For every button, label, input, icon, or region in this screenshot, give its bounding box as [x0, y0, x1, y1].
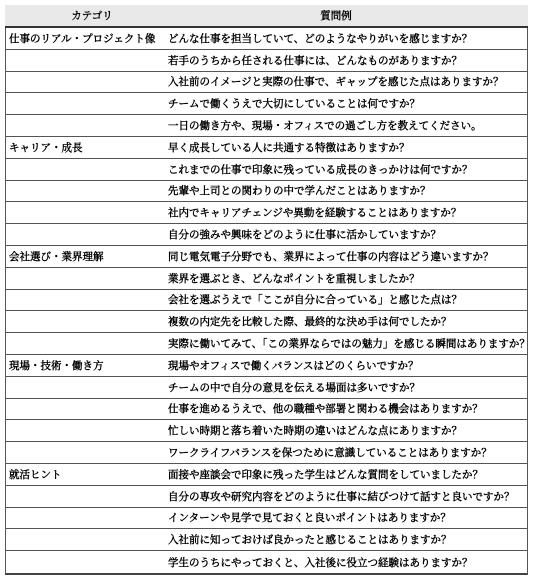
table-row: 自分の専攻や研究内容をどのように仕事に結びつけて話すと良いですか？	[6, 486, 527, 508]
table-row: 仕事を進めるうえで、他の職種や部署と関わる機会はありますか？	[6, 399, 527, 421]
table-header: カテゴリ 質問例	[5, 5, 528, 28]
row-question: 早く成長している人に共通する特徴はありますか？	[163, 140, 527, 155]
row-question: チームで働くうえで大切にしていることは何ですか？	[163, 96, 527, 111]
table-row: これまでの仕事で印象に残っている成長のきっかけは何ですか？	[6, 159, 527, 181]
row-question: 忙しい時期と落ち着いた時期の違いはどんな点にありますか？	[163, 423, 527, 438]
table-row: 会社選び・業界理解 同じ電気電子分野でも、業界によって仕事の内容はどう違いますか…	[6, 246, 527, 268]
row-question: 若手のうちから任される仕事には、どんなものがありますか？	[163, 53, 527, 68]
row-question: 面接や座談会で印象に残った学生はどんな質問をしていましたか？	[163, 467, 527, 482]
row-question: 先輩や上司との関わりの中で学んだことはありますか？	[163, 183, 527, 198]
table-row: 入社前のイメージと実際の仕事で、ギャップを感じた点はありますか？	[6, 72, 527, 94]
row-question: ワークライフバランスを保つために意識していることはありますか？	[163, 445, 527, 460]
table-row: 実際に働いてみて、「この業界ならではの魅力」を感じる瞬間はありますか？	[6, 333, 527, 355]
row-question: 実際に働いてみて、「この業界ならではの魅力」を感じる瞬間はありますか？	[163, 336, 527, 351]
header-category-label: カテゴリ	[5, 8, 179, 23]
table-row: チームで働くうえで大切にしていることは何ですか？	[6, 93, 527, 115]
table-row: 社内でキャリアチェンジや異動を経験することはありますか？	[6, 202, 527, 224]
row-question: これまでの仕事で印象に残っている成長のきっかけは何ですか？	[163, 162, 527, 177]
table-row: チームの中で自分の意見を伝える場面は多いですか？	[6, 377, 527, 399]
row-question: インターンや見学で見ておくと良いポイントはありますか？	[163, 510, 527, 525]
table-row: 会社を選ぶうえで「ここが自分に合っている」と感じた点は？	[6, 290, 527, 312]
table-row: 業界を選ぶとき、どんなポイントを重視しましたか？	[6, 268, 527, 290]
table-body: 仕事のリアル・プロジェクト像 どんな仕事を担当していて、どのようなやりがいを感じ…	[5, 28, 528, 575]
row-question: 複数の内定先を比較した際、最終的な決め手は何でしたか？	[163, 314, 527, 329]
table-row: 就活ヒント 面接や座談会で印象に残った学生はどんな質問をしていましたか？	[6, 464, 527, 486]
table-row: インターンや見学で見ておくと良いポイントはありますか？	[6, 508, 527, 530]
row-category: 会社選び・業界理解	[6, 249, 163, 264]
row-question: 現場やオフィスで働くバランスはどのくらいですか？	[163, 358, 527, 373]
row-question: 入社前のイメージと実際の仕事で、ギャップを感じた点はありますか？	[163, 74, 527, 89]
table-row: 若手のうちから任される仕事には、どんなものがありますか？	[6, 50, 527, 72]
row-question: 自分の専攻や研究内容をどのように仕事に結びつけて話すと良いですか？	[163, 489, 527, 504]
table-row: 学生のうちにやっておくと、入社後に役立つ経験はありますか？	[6, 551, 527, 573]
row-question: 仕事を進めるうえで、他の職種や部署と関わる機会はありますか？	[163, 401, 527, 416]
row-category: 現場・技術・働き方	[6, 358, 163, 373]
table-row: 忙しい時期と落ち着いた時期の違いはどんな点にありますか？	[6, 420, 527, 442]
row-question: 社内でキャリアチェンジや異動を経験することはありますか？	[163, 205, 527, 220]
row-question: どんな仕事を担当していて、どのようなやりがいを感じますか？	[163, 31, 527, 46]
row-question: 入社前に知っておけば良かったと感じることはありますか？	[163, 532, 527, 547]
table-row: 現場・技術・働き方 現場やオフィスで働くバランスはどのくらいですか？	[6, 355, 527, 377]
table-row: ワークライフバランスを保つために意識していることはありますか？	[6, 442, 527, 464]
row-question: 一日の働き方や、現場・オフィスでの過ごし方を教えてください。	[163, 118, 527, 133]
table-row: 複数の内定先を比較した際、最終的な決め手は何でしたか？	[6, 311, 527, 333]
row-question: 業界を選ぶとき、どんなポイントを重視しましたか？	[163, 271, 527, 286]
row-question: 同じ電気電子分野でも、業界によって仕事の内容はどう違いますか？	[163, 249, 527, 264]
row-question: 会社を選ぶうえで「ここが自分に合っている」と感じた点は？	[163, 292, 527, 307]
table-row: 仕事のリアル・プロジェクト像 どんな仕事を担当していて、どのようなやりがいを感じ…	[6, 28, 527, 50]
question-category-table: カテゴリ 質問例 仕事のリアル・プロジェクト像 どんな仕事を担当していて、どのよ…	[5, 5, 528, 575]
table-row: 入社前に知っておけば良かったと感じることはありますか？	[6, 529, 527, 551]
header-question-label: 質問例	[179, 8, 493, 23]
row-category: キャリア・成長	[6, 140, 163, 155]
table-row: 先輩や上司との関わりの中で学んだことはありますか？	[6, 181, 527, 203]
row-question: 学生のうちにやっておくと、入社後に役立つ経験はありますか？	[163, 555, 527, 570]
table-row: 一日の働き方や、現場・オフィスでの過ごし方を教えてください。	[6, 115, 527, 137]
row-question: 自分の強みや興味をどのように仕事に活かしていますか？	[163, 227, 527, 242]
table-row: キャリア・成長 早く成長している人に共通する特徴はありますか？	[6, 137, 527, 159]
row-question: チームの中で自分の意見を伝える場面は多いですか？	[163, 380, 527, 395]
row-category: 就活ヒント	[6, 467, 163, 482]
row-category: 仕事のリアル・プロジェクト像	[6, 31, 163, 46]
table-row: 自分の強みや興味をどのように仕事に活かしていますか？	[6, 224, 527, 246]
